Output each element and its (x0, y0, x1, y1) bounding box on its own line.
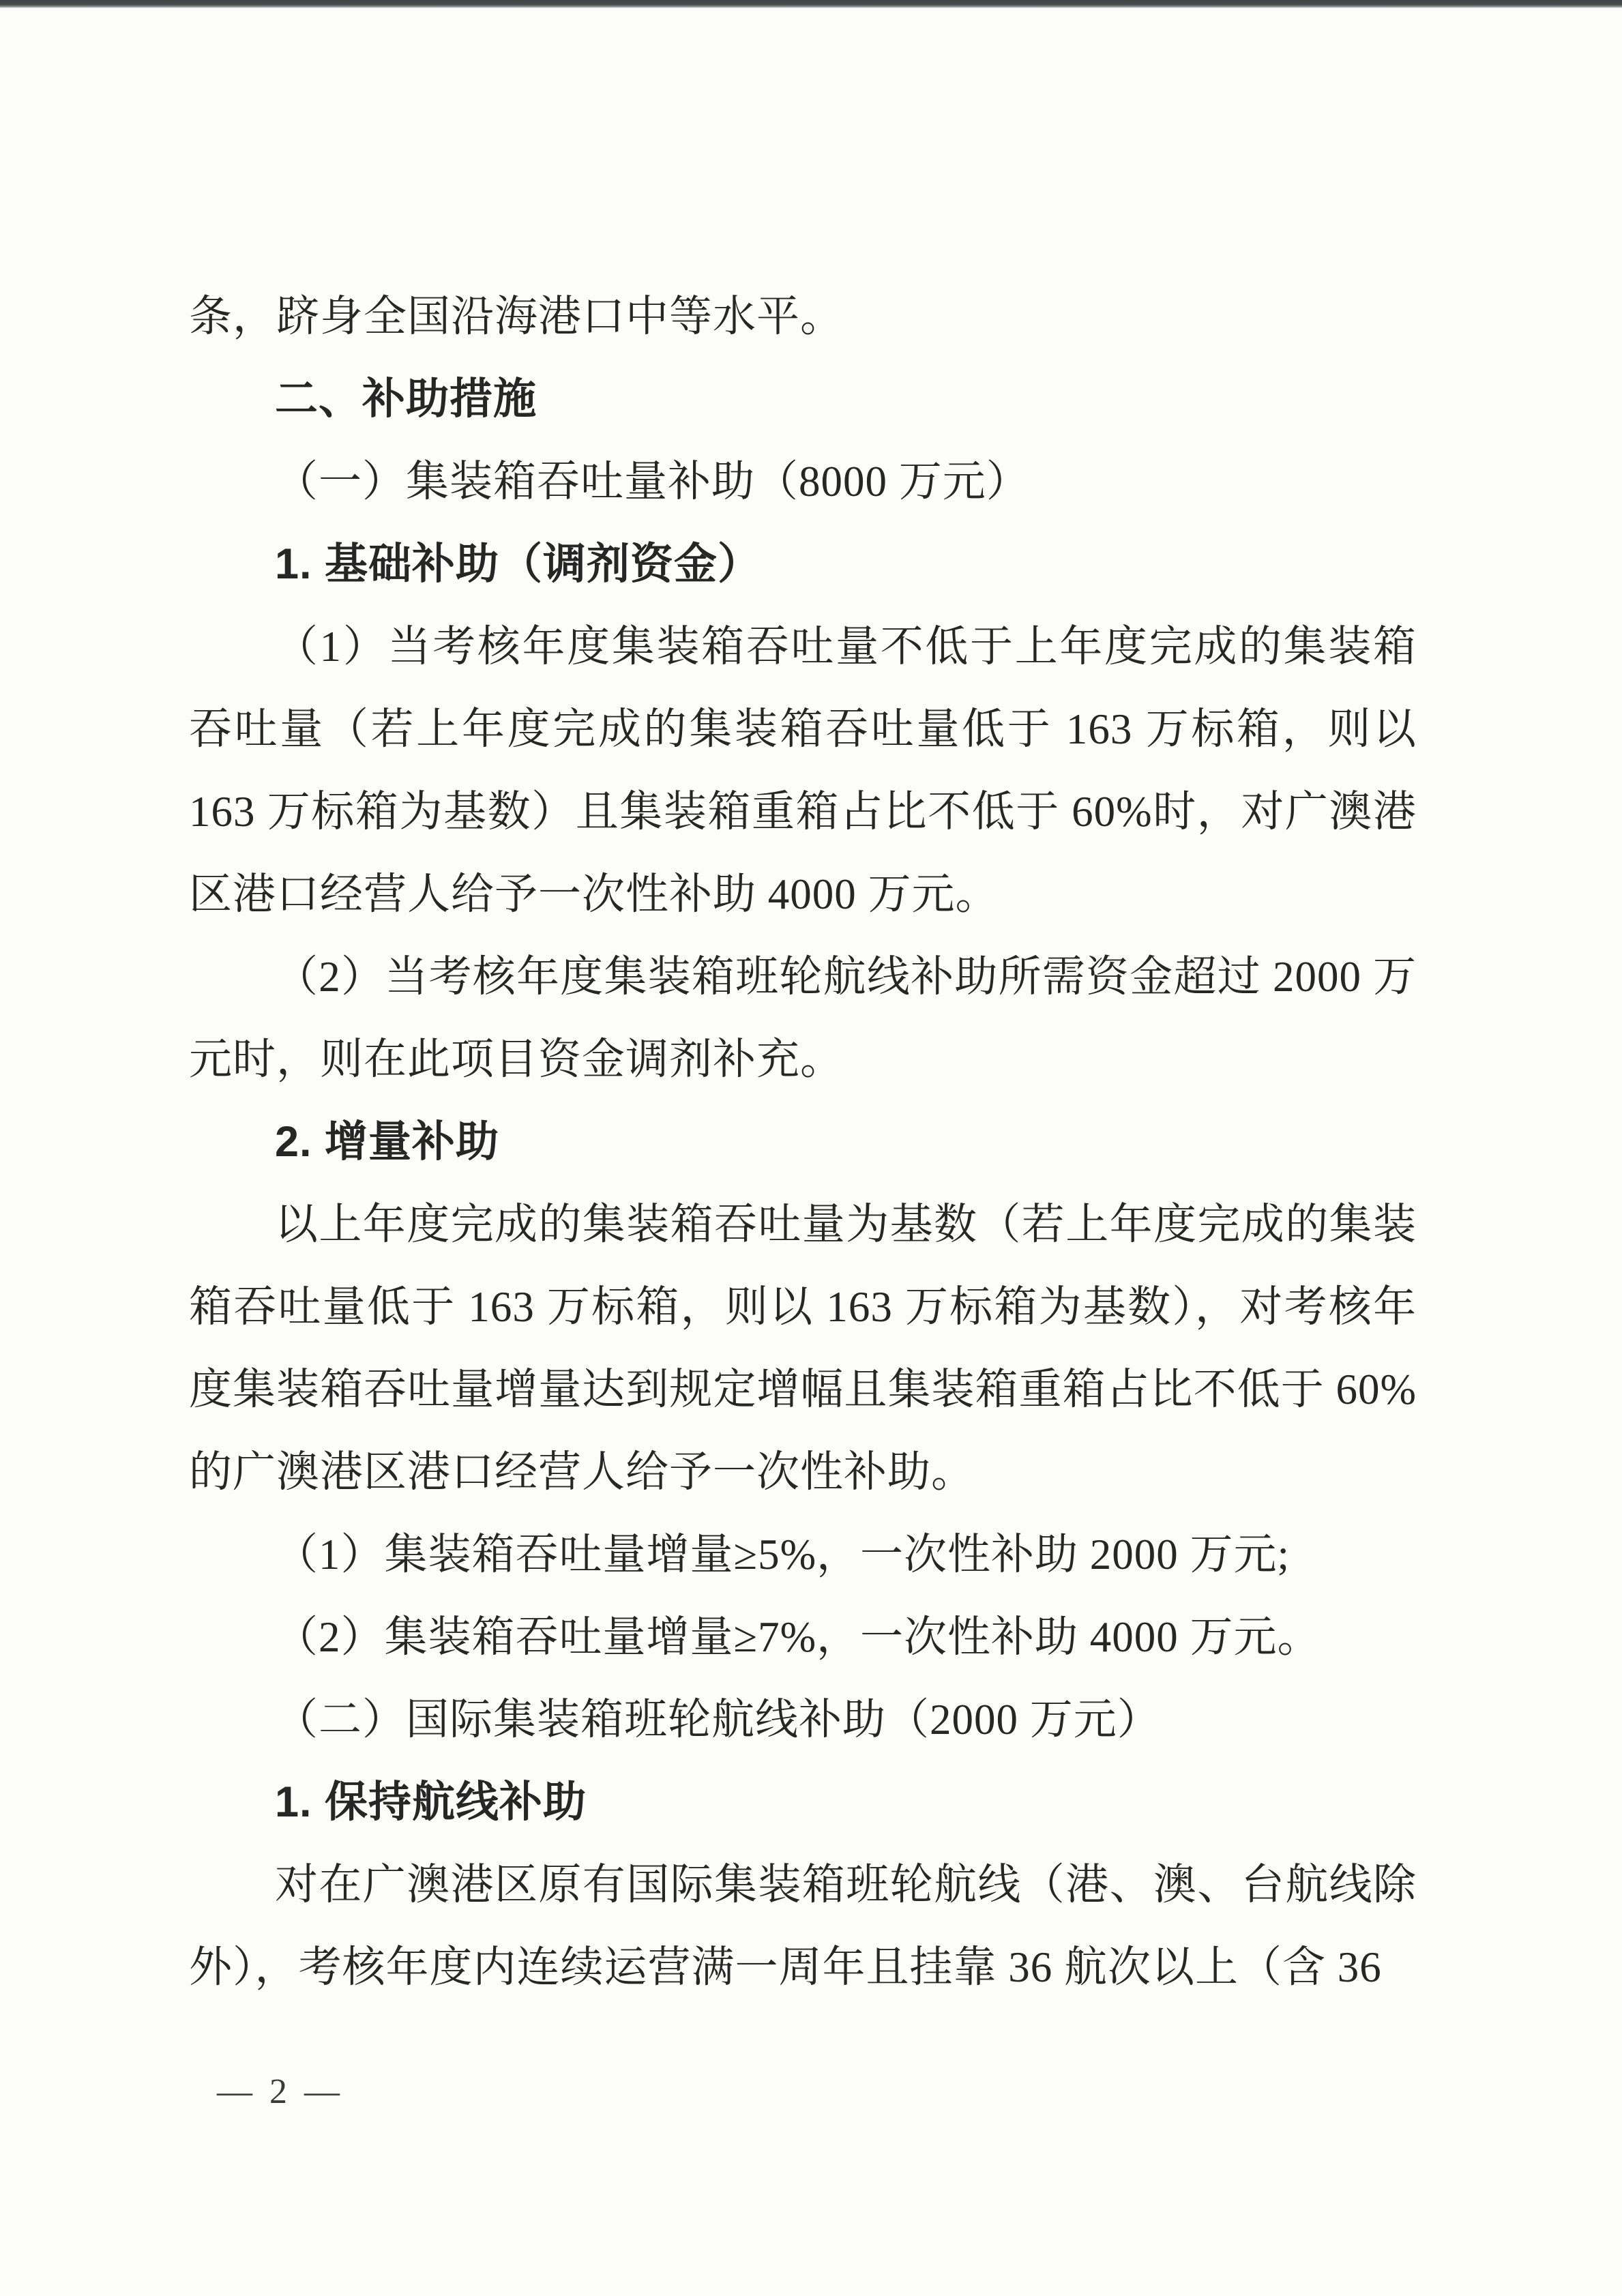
paragraph-heading-3-3: 1. 基础补助（调剂资金） (189, 523, 1417, 606)
paragraph-heading-2-10: （二）国际集装箱班轮航线补助（2000 万元） (189, 1679, 1417, 1761)
paragraph-body-7: 以上年度完成的集装箱吞吐量为基数（若上年度完成的集装箱吞吐量低于 163 万标箱… (189, 1183, 1417, 1514)
paragraph-body-5: （2）当考核年度集装箱班轮航线补助所需资金超过 2000 万元时，则在此项目资金… (189, 936, 1417, 1101)
paragraph-body-4: （1）当考核年度集装箱吞吐量不低于上年度完成的集装箱吞吐量（若上年度完成的集装箱… (189, 606, 1417, 936)
document-page: 条，跻身全国沿海港口中等水平。二、补助措施（一）集装箱吞吐量补助（8000 万元… (0, 0, 1622, 2296)
paragraph-heading-2-2: （一）集装箱吞吐量补助（8000 万元） (189, 441, 1417, 523)
paragraph-body-continuation-0: 条，跻身全国沿海港口中等水平。 (189, 276, 1417, 358)
paragraph-body-9: （2）集装箱吞吐量增量≥7%，一次性补助 4000 万元。 (189, 1596, 1417, 1679)
paragraph-heading-1-1: 二、补助措施 (189, 358, 1417, 441)
page-number: — 2 — (217, 2068, 344, 2116)
scan-edge-artifact (0, 0, 1622, 8)
paragraph-heading-3-6: 2. 增量补助 (189, 1101, 1417, 1183)
paragraph-body-12: 对在广澳港区原有国际集装箱班轮航线（港、澳、台航线除外），考核年度内连续运营满一… (189, 1844, 1417, 2009)
paragraph-body-8: （1）集装箱吞吐量增量≥5%，一次性补助 2000 万元; (189, 1514, 1417, 1596)
paragraph-heading-3-11: 1. 保持航线补助 (189, 1761, 1417, 1844)
document-body: 条，跻身全国沿海港口中等水平。二、补助措施（一）集装箱吞吐量补助（8000 万元… (189, 276, 1417, 2009)
